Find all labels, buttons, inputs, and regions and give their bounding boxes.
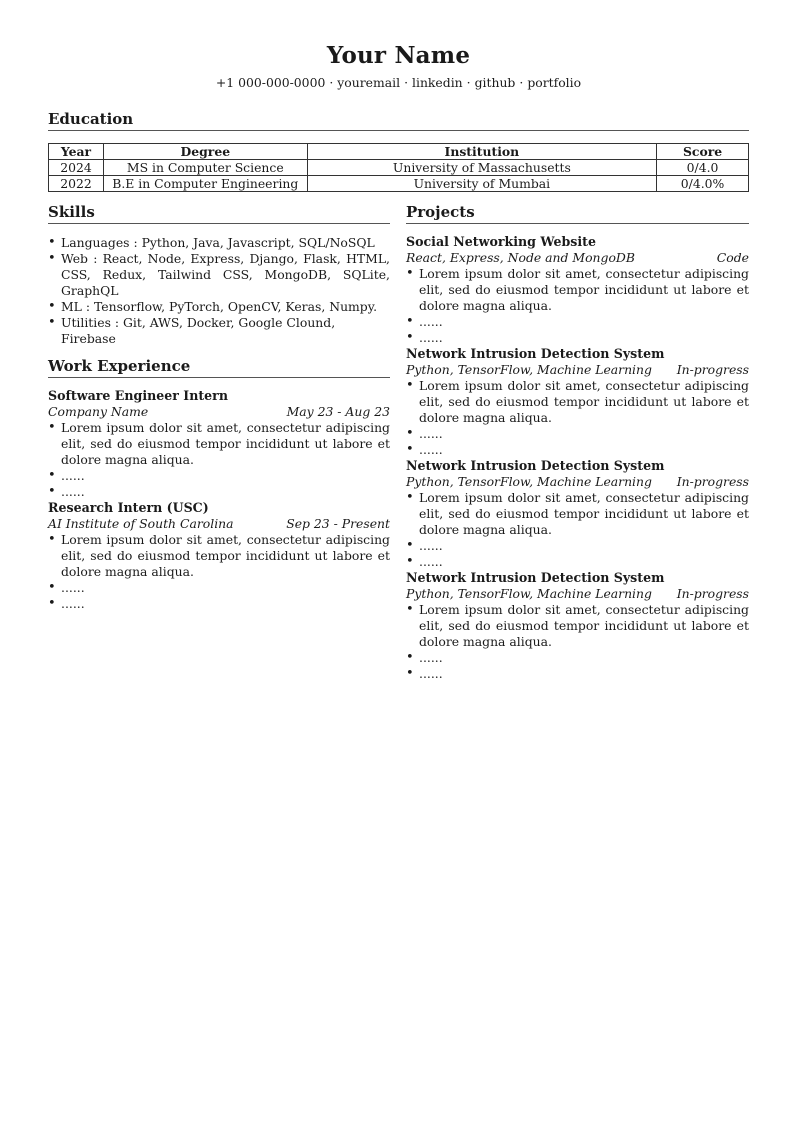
project-title: Network Intrusion Detection System	[406, 458, 749, 474]
contact-github[interactable]: github	[475, 75, 516, 90]
section-title-skills: Skills	[48, 202, 390, 222]
section-rule	[48, 223, 390, 224]
work-section: Work Experience Software Engineer Intern…	[48, 356, 390, 612]
project-title: Network Intrusion Detection System	[406, 346, 749, 362]
cell-degree: B.E in Computer Engineering	[103, 176, 307, 192]
work-entry: Software Engineer Intern Company Name Ma…	[48, 388, 390, 500]
col-header-degree: Degree	[103, 144, 307, 160]
skill-item: ML : Tensorflow, PyTorch, OpenCV, Keras,…	[48, 299, 390, 315]
cell-institution: University of Mumbai	[307, 176, 656, 192]
work-entry: Research Intern (USC) AI Institute of So…	[48, 500, 390, 612]
bullet-item: ......	[48, 468, 390, 484]
bullet-item: ......	[406, 538, 749, 554]
project-bullets: Lorem ipsum dolor sit amet, consectetur …	[406, 602, 749, 682]
job-title: Research Intern (USC)	[48, 500, 390, 516]
project-entry: Network Intrusion Detection System Pytho…	[406, 570, 749, 682]
bullet-item: ......	[406, 554, 749, 570]
project-entry: Social Networking Website React, Express…	[406, 234, 749, 346]
bullet-item: Lorem ipsum dolor sit amet, consectetur …	[406, 602, 749, 650]
left-column: Skills Languages : Python, Java, Javascr…	[48, 202, 390, 612]
project-tech: Python, TensorFlow, Machine Learning	[406, 586, 652, 602]
contact-linkedin[interactable]: linkedin	[412, 75, 463, 90]
separator: ·	[400, 75, 412, 90]
bullet-item: Lorem ipsum dolor sit amet, consectetur …	[48, 532, 390, 580]
project-bullets: Lorem ipsum dolor sit amet, consectetur …	[406, 490, 749, 570]
contact-phone: +1 000-000-0000	[216, 75, 325, 90]
project-status: In-progress	[677, 362, 749, 378]
skill-item: Languages : Python, Java, Javascript, SQ…	[48, 235, 390, 251]
company-name: Company Name	[48, 404, 148, 420]
company-name: AI Institute of South Carolina	[48, 516, 234, 532]
skill-item: Web : React, Node, Express, Django, Flas…	[48, 251, 390, 299]
project-status: In-progress	[677, 474, 749, 490]
candidate-name: Your Name	[48, 42, 749, 69]
project-title: Social Networking Website	[406, 234, 749, 250]
col-header-institution: Institution	[307, 144, 656, 160]
separator: ·	[515, 75, 527, 90]
section-title-education: Education	[48, 109, 749, 129]
section-title-projects: Projects	[406, 202, 749, 222]
bullet-item: ......	[406, 314, 749, 330]
education-section: Education Year Degree Institution Score …	[48, 109, 749, 192]
skill-item: Utilities : Git, AWS, Docker, Google Clo…	[48, 315, 390, 347]
section-rule	[406, 223, 749, 224]
bullet-item: ......	[406, 666, 749, 682]
bullet-item: ......	[48, 580, 390, 596]
skills-list: Languages : Python, Java, Javascript, SQ…	[48, 235, 390, 347]
col-header-year: Year	[49, 144, 104, 160]
contact-line: +1 000-000-0000·youremail·linkedin·githu…	[48, 75, 749, 90]
job-bullets: Lorem ipsum dolor sit amet, consectetur …	[48, 420, 390, 500]
cell-institution: University of Massachusetts	[307, 160, 656, 176]
cell-degree: MS in Computer Science	[103, 160, 307, 176]
project-title: Network Intrusion Detection System	[406, 570, 749, 586]
bullet-item: Lorem ipsum dolor sit amet, consectetur …	[48, 420, 390, 468]
project-meta: Python, TensorFlow, Machine Learning In-…	[406, 586, 749, 602]
table-row: 2022 B.E in Computer Engineering Univers…	[49, 176, 749, 192]
section-title-work: Work Experience	[48, 356, 390, 376]
job-meta: Company Name May 23 - Aug 23	[48, 404, 390, 420]
separator: ·	[463, 75, 475, 90]
bullet-item: ......	[406, 330, 749, 346]
project-bullets: Lorem ipsum dolor sit amet, consectetur …	[406, 378, 749, 458]
separator: ·	[325, 75, 337, 90]
job-dates: Sep 23 - Present	[286, 516, 390, 532]
project-bullets: Lorem ipsum dolor sit amet, consectetur …	[406, 266, 749, 346]
job-meta: AI Institute of South Carolina Sep 23 - …	[48, 516, 390, 532]
bullet-item: ......	[48, 596, 390, 612]
job-title: Software Engineer Intern	[48, 388, 390, 404]
bullet-item: Lorem ipsum dolor sit amet, consectetur …	[406, 378, 749, 426]
bullet-item: Lorem ipsum dolor sit amet, consectetur …	[406, 490, 749, 538]
bullet-item: ......	[406, 442, 749, 458]
skills-section: Skills Languages : Python, Java, Javascr…	[48, 202, 390, 347]
section-rule	[48, 130, 749, 131]
table-header-row: Year Degree Institution Score	[49, 144, 749, 160]
bullet-item: Lorem ipsum dolor sit amet, consectetur …	[406, 266, 749, 314]
right-column: Projects Social Networking Website React…	[406, 202, 749, 682]
work-entries: Software Engineer Intern Company Name Ma…	[48, 388, 390, 612]
bullet-item: ......	[48, 484, 390, 500]
cell-year: 2022	[49, 176, 104, 192]
project-meta: Python, TensorFlow, Machine Learning In-…	[406, 474, 749, 490]
project-entries: Social Networking Website React, Express…	[406, 234, 749, 682]
education-table: Year Degree Institution Score 2024 MS in…	[48, 143, 749, 192]
bullet-item: ......	[406, 426, 749, 442]
project-entry: Network Intrusion Detection System Pytho…	[406, 346, 749, 458]
contact-email[interactable]: youremail	[337, 75, 400, 90]
cell-score: 0/4.0%	[657, 176, 749, 192]
contact-portfolio[interactable]: portfolio	[527, 75, 581, 90]
project-meta: React, Express, Node and MongoDB Code	[406, 250, 749, 266]
job-bullets: Lorem ipsum dolor sit amet, consectetur …	[48, 532, 390, 612]
table-row: 2024 MS in Computer Science University o…	[49, 160, 749, 176]
cell-score: 0/4.0	[657, 160, 749, 176]
col-header-score: Score	[657, 144, 749, 160]
project-tech: React, Express, Node and MongoDB	[406, 250, 635, 266]
cell-year: 2024	[49, 160, 104, 176]
project-code-link[interactable]: Code	[717, 250, 749, 266]
bullet-item: ......	[406, 650, 749, 666]
project-meta: Python, TensorFlow, Machine Learning In-…	[406, 362, 749, 378]
project-entry: Network Intrusion Detection System Pytho…	[406, 458, 749, 570]
project-tech: Python, TensorFlow, Machine Learning	[406, 474, 652, 490]
job-dates: May 23 - Aug 23	[287, 404, 390, 420]
project-tech: Python, TensorFlow, Machine Learning	[406, 362, 652, 378]
project-status: In-progress	[677, 586, 749, 602]
section-rule	[48, 377, 390, 378]
